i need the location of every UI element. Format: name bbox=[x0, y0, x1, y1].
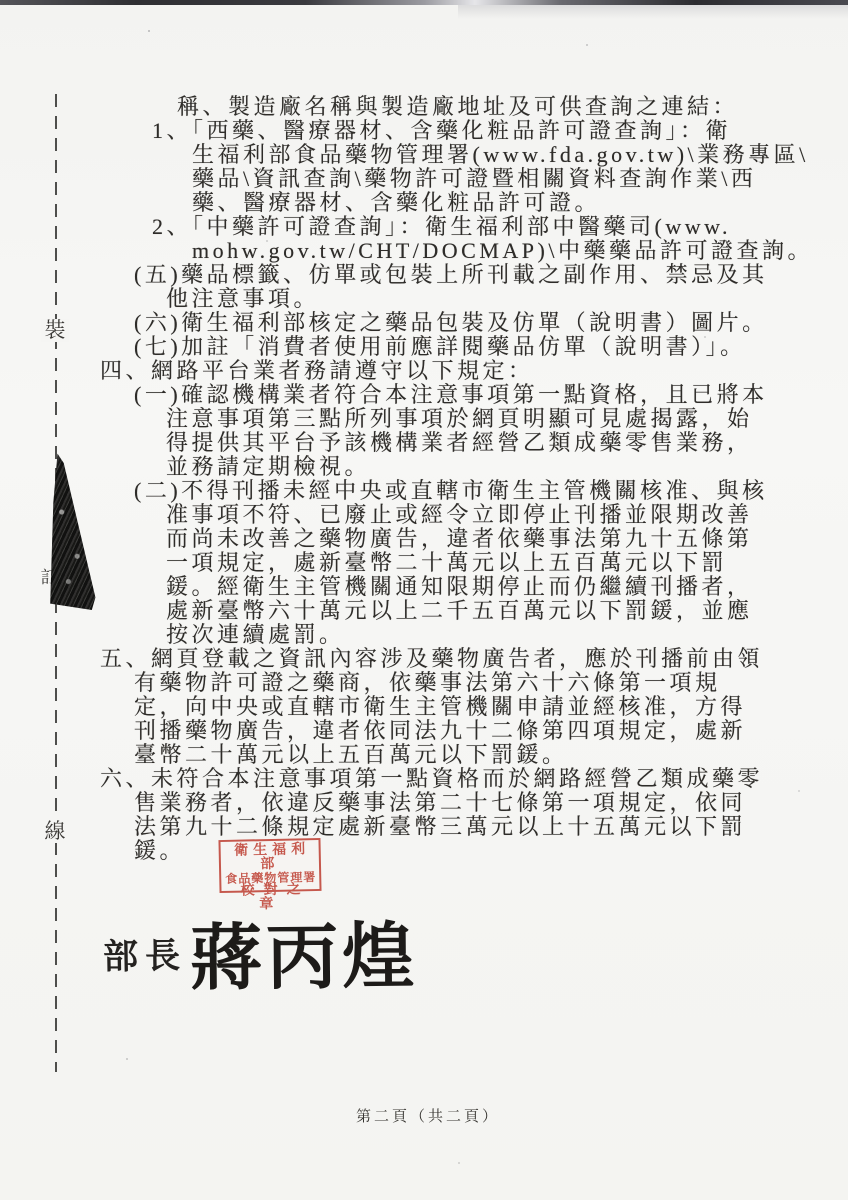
text-line: (二)不得刊播未經中央或直轄市衛生主管機關核准、與核 bbox=[134, 479, 813, 503]
text-line: 他注意事項。 bbox=[166, 287, 813, 311]
text-line: (一)確認機構業者符合本注意事項第一點資格，且已將本 bbox=[134, 383, 813, 407]
paper-dust-specks bbox=[148, 30, 150, 32]
text-line: 一項規定，處新臺幣二十萬元以上五百萬元以下罰 bbox=[166, 551, 813, 575]
text-line: 准事項不符、已廢止或經令立即停止刊播並限期改善 bbox=[166, 503, 813, 527]
text-line: 藥、醫療器材、含藥化粧品許可證。 bbox=[192, 191, 813, 215]
text-line: 六、未符合本注意事項第一點資格而於網路經營乙類成藥零 bbox=[100, 767, 813, 791]
text-line: 刊播藥物廣告，違者依同法九十二條第四項規定，處新 bbox=[134, 719, 813, 743]
minister-signature: 蔣丙煌 bbox=[190, 898, 419, 1004]
signature-title: 部長 bbox=[103, 928, 188, 979]
page-number-footer: 第二頁（共二頁） bbox=[356, 1105, 500, 1126]
text-line: 售業務者，依違反藥事法第二十七條第一項規定，依同 bbox=[134, 791, 813, 815]
text-line: 稱、製造廠名稱與製造廠地址及可供查詢之連結： bbox=[177, 95, 813, 119]
text-line: 按次連續處罰。 bbox=[166, 623, 813, 647]
text-line: 四、網路平台業者務請遵守以下規定： bbox=[100, 359, 813, 383]
text-line: 臺幣二十萬元以上五百萬元以下罰鍰。 bbox=[134, 743, 813, 767]
text-line: (六)衛生福利部核定之藥品包裝及仿單（說明書）圖片。 bbox=[134, 311, 813, 335]
text-line: 2、「中藥許可證查詢」：衛生福利部中醫藥司(www. bbox=[152, 215, 813, 239]
document-lines: 稱、製造廠名稱與製造廠地址及可供查詢之連結：1、「西藥、醫療器材、含藥化粧品許可… bbox=[0, 95, 813, 863]
text-line: 生福利部食品藥物管理署(www.fda.gov.tw)\業務專區\ bbox=[192, 143, 813, 167]
scanned-document-page: 裝 訂 線 稱、製造廠名稱與製造廠地址及可供查詢之連結：1、「西藥、醫療器材、含… bbox=[0, 0, 848, 1200]
verification-stamp: 衛生福利部 食品藥物管理署 校對之章 bbox=[218, 838, 321, 893]
text-line: 五、網頁登載之資訊內容涉及藥物廣告者，應於刊播前由領 bbox=[100, 647, 813, 671]
text-line: 而尚未改善之藥物廣告，違者依藥事法第九十五條第 bbox=[166, 527, 813, 551]
text-line: mohw.gov.tw/CHT/DOCMAP)\中藥藥品許可證查詢。 bbox=[192, 239, 813, 263]
text-line: 有藥物許可證之藥商，依藥事法第六十六條第一項規 bbox=[134, 671, 813, 695]
stamp-row-1: 衛生福利部 bbox=[223, 843, 318, 873]
text-line: (五)藥品標籤、仿單或包裝上所刊載之副作用、禁忌及其 bbox=[134, 263, 813, 287]
text-line: 藥品\資訊查詢\藥物許可證暨相關資料查詢作業\西 bbox=[192, 167, 813, 191]
text-line: 得提供其平台予該機構業者經營乙類成藥零售業務， bbox=[166, 431, 813, 455]
text-line: 法第九十二條規定處新臺幣三萬元以上十五萬元以下罰 bbox=[134, 815, 813, 839]
scanner-edge-shadow bbox=[458, 5, 848, 19]
text-line: 注意事項第三點所列事項於網頁明顯可見處揭露，始 bbox=[166, 407, 813, 431]
text-line: 鍰。經衛生主管機關通知限期停止而仍繼續刊播者， bbox=[166, 575, 813, 599]
text-line: 並務請定期檢視。 bbox=[166, 455, 813, 479]
text-line: 定，向中央或直轄市衛生主管機關申請並經核准，方得 bbox=[134, 695, 813, 719]
text-line: 處新臺幣六十萬元以上二千五百萬元以下罰鍰，並應 bbox=[166, 599, 813, 623]
text-line: 1、「西藥、醫療器材、含藥化粧品許可證查詢」：衛 bbox=[152, 119, 813, 143]
text-line: (七)加註「消費者使用前應詳閱藥品仿單（說明書）」。 bbox=[134, 335, 813, 359]
